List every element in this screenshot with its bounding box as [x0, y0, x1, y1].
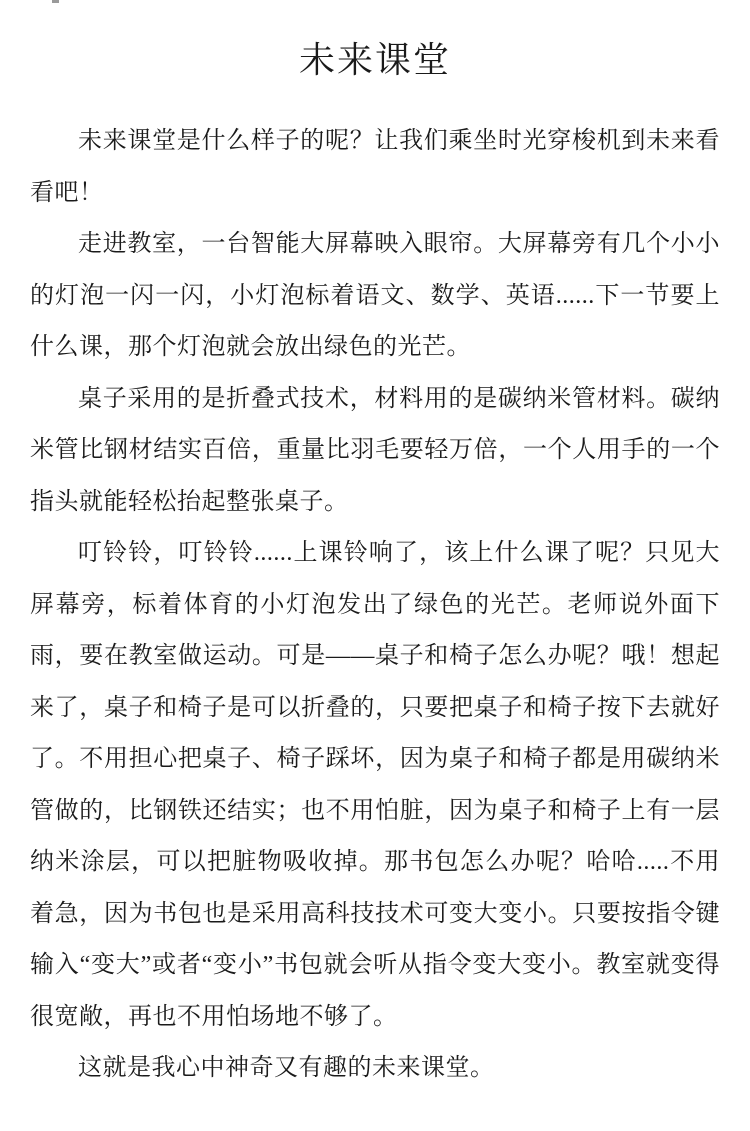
document-title: 未来课堂: [30, 42, 720, 78]
document-page: 未来课堂 未来课堂是什么样子的呢？让我们乘坐时光穿梭机到未来看看吧！ 走进教室，…: [0, 0, 750, 1131]
paragraph-desk-material: 桌子采用的是折叠式技术，材料用的是碳纳米管材料。碳纳米管比钢材结实百倍，重量比羽…: [30, 374, 720, 529]
paragraph-screen-lights: 走进教室，一台智能大屏幕映入眼帘。大屏幕旁有几个小小的灯泡一闪一闪，小灯泡标着语…: [30, 219, 720, 374]
paragraph-intro: 未来课堂是什么样子的呢？让我们乘坐时光穿梭机到未来看看吧！: [30, 116, 720, 219]
paragraph-class-bell: 叮铃铃，叮铃铃......上课铃响了，该上什么课了呢？只见大屏幕旁，标着体育的小…: [30, 528, 720, 1043]
cropped-character-fragment: [52, 0, 59, 3]
paragraph-conclusion: 这就是我心中神奇又有趣的未来课堂。: [30, 1043, 720, 1095]
document-body: 未来课堂是什么样子的呢？让我们乘坐时光穿梭机到未来看看吧！ 走进教室，一台智能大…: [30, 116, 720, 1095]
